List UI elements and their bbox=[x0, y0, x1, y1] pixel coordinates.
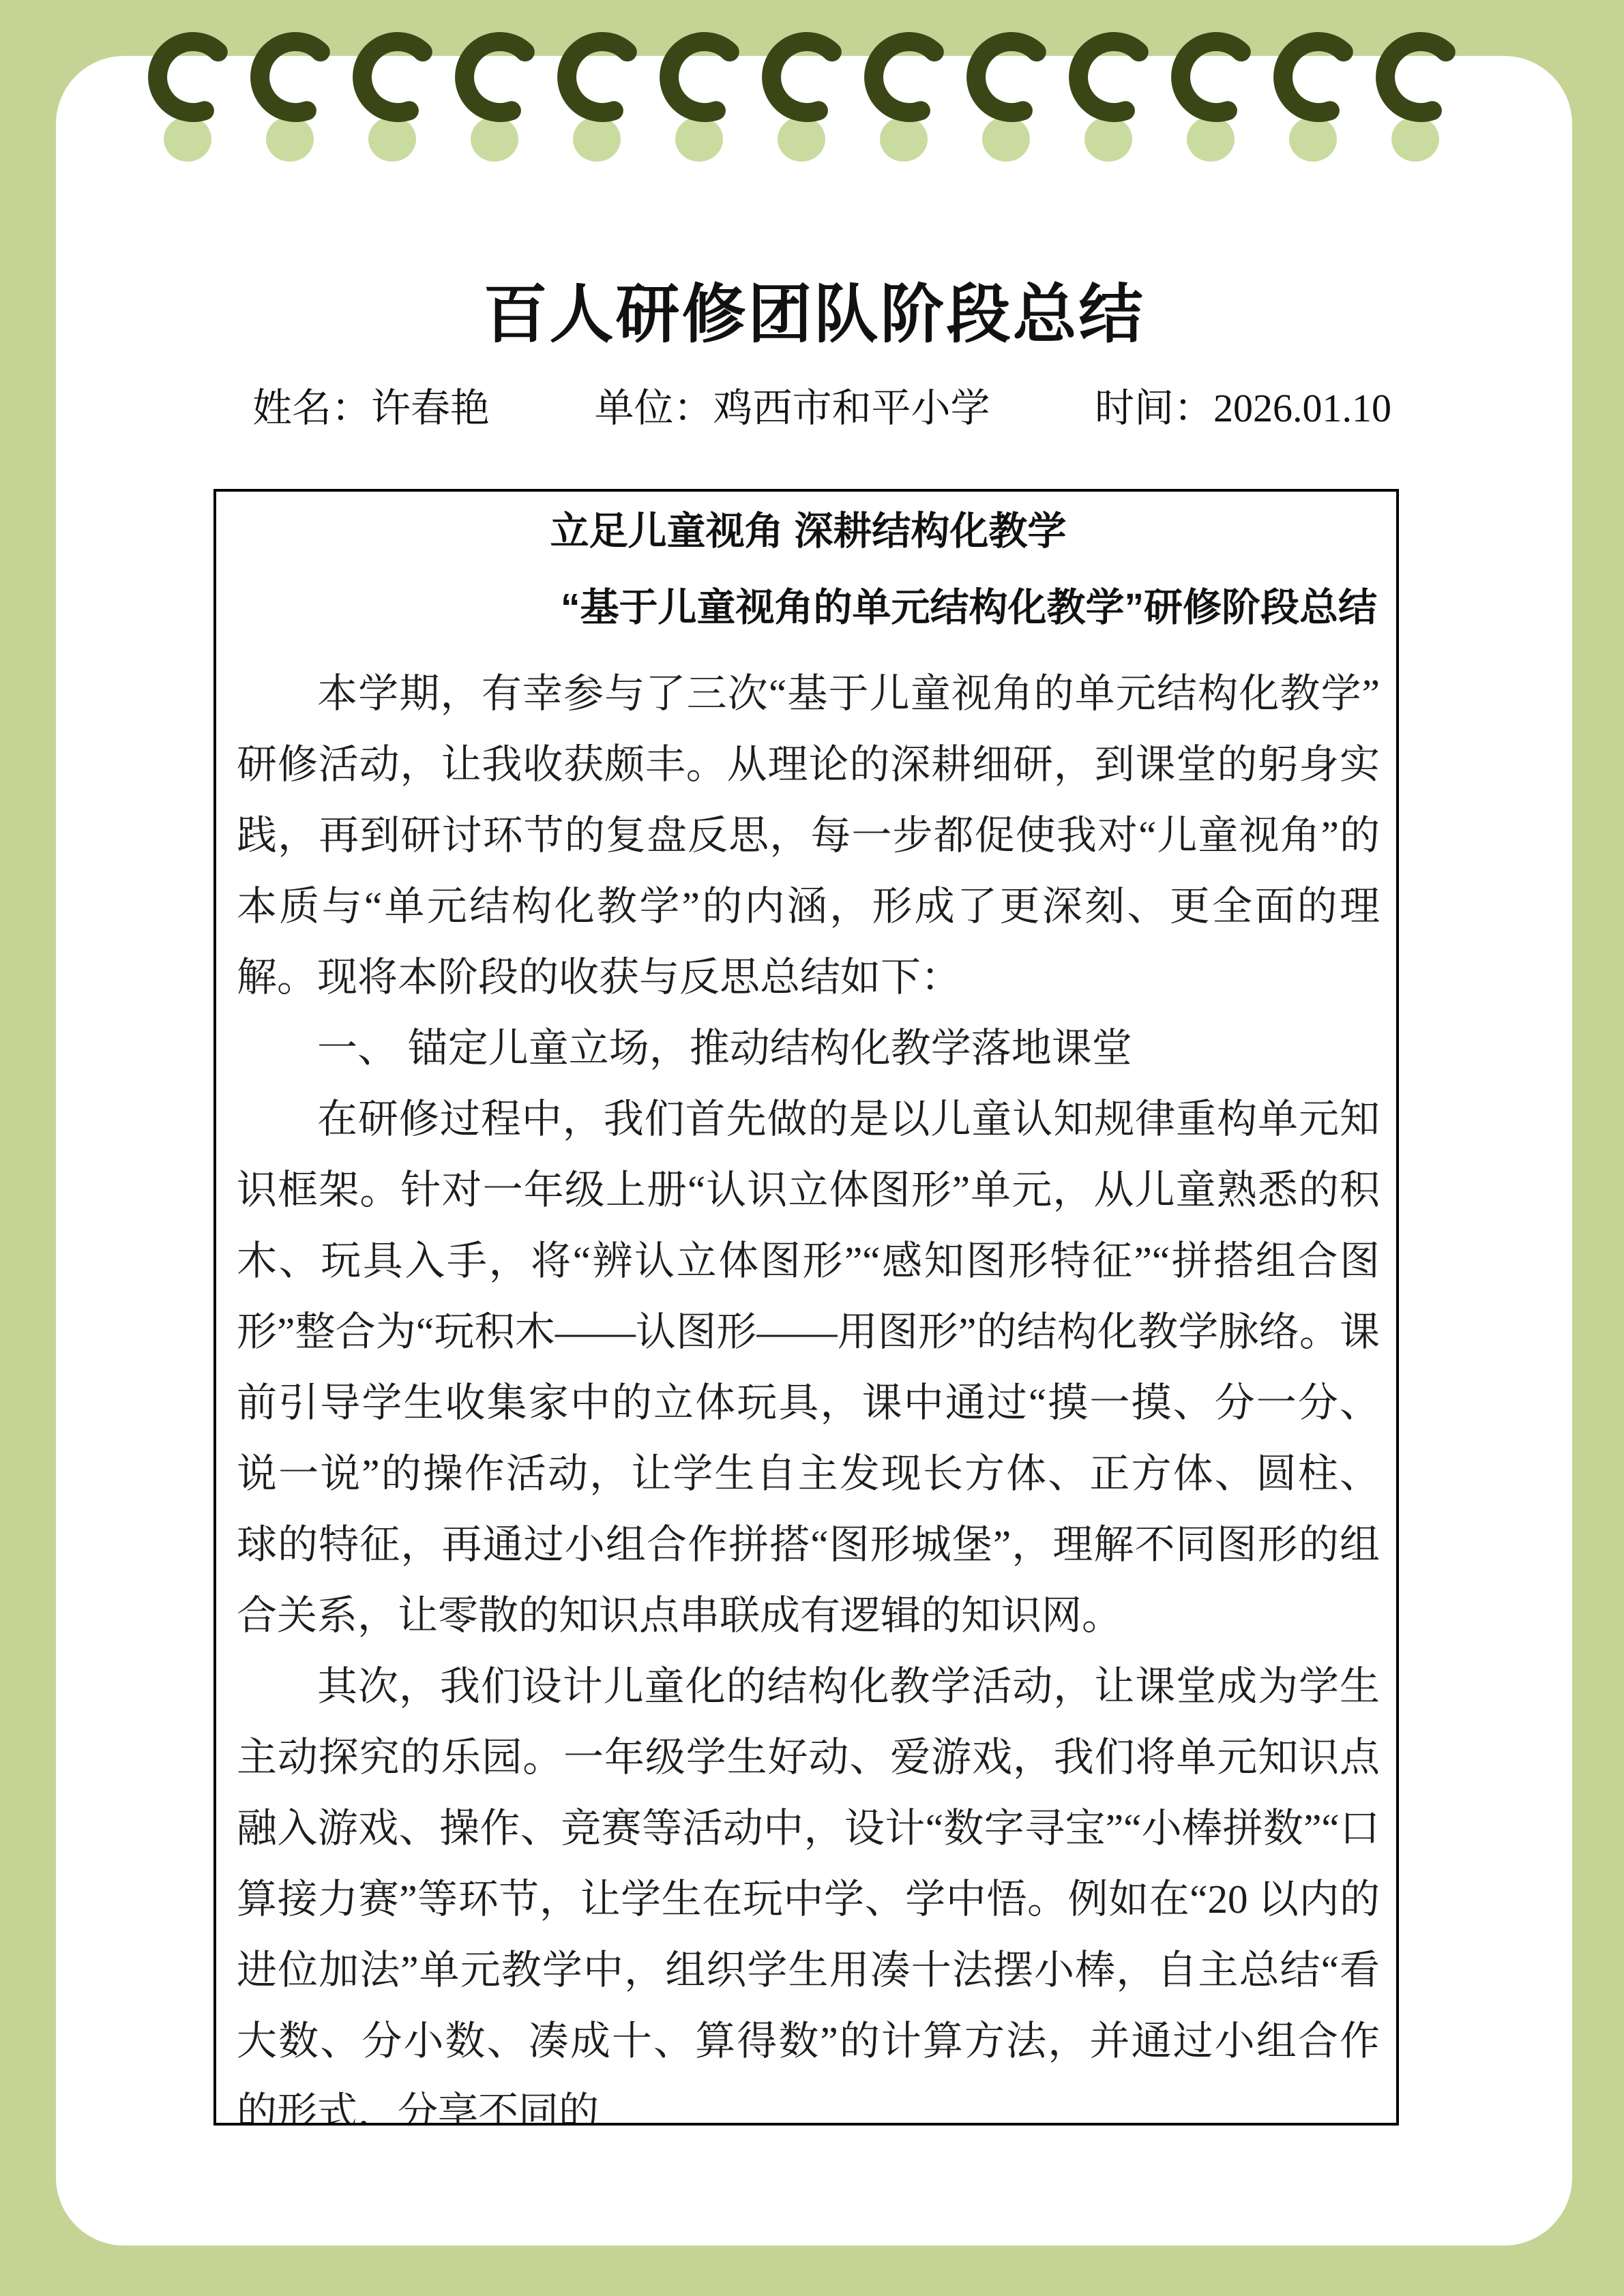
body-paragraph: 在研修过程中，我们首先做的是以儿童认知规律重构单元知识框架。针对一年级上册“认识… bbox=[237, 1084, 1380, 1651]
meta-name: 姓名：许春艳 bbox=[252, 386, 490, 431]
notebook-page: 百人研修团队阶段总结 姓名：许春艳 单位：鸡西市和平小学 时间：2026.01.… bbox=[56, 56, 1572, 2246]
meta-date: 时间：2026.01.10 bbox=[1095, 386, 1391, 431]
meta-unit: 单位：鸡西市和平小学 bbox=[594, 386, 990, 431]
content-box: 立足儿童视角 深耕结构化教学 “基于儿童视角的单元结构化教学”研修阶段总结 本学… bbox=[213, 489, 1399, 2126]
document-title: 百人研修团队阶段总结 bbox=[56, 269, 1572, 361]
section-heading-line: 一、 锚定儿童立场，推动结构化教学落地课堂 bbox=[237, 1013, 1380, 1084]
box-heading-secondary: “基于儿童视角的单元结构化教学”研修阶段总结 bbox=[237, 586, 1380, 629]
meta-line: 姓名：许春艳 单位：鸡西市和平小学 时间：2026.01.10 bbox=[252, 386, 1391, 431]
body-paragraph: 本学期，有幸参与了三次“基于儿童视角的单元结构化教学”研修活动，让我收获颇丰。从… bbox=[237, 658, 1380, 1013]
body-paragraph: 其次，我们设计儿童化的结构化教学活动，让课堂成为学生主动探究的乐园。一年级学生好… bbox=[237, 1651, 1380, 2126]
box-heading-primary: 立足儿童视角 深耕结构化教学 bbox=[237, 509, 1380, 553]
box-body: 本学期，有幸参与了三次“基于儿童视角的单元结构化教学”研修活动，让我收获颇丰。从… bbox=[237, 658, 1380, 2126]
notebook-sheet: 百人研修团队阶段总结 姓名：许春艳 单位：鸡西市和平小学 时间：2026.01.… bbox=[0, 0, 1624, 2296]
